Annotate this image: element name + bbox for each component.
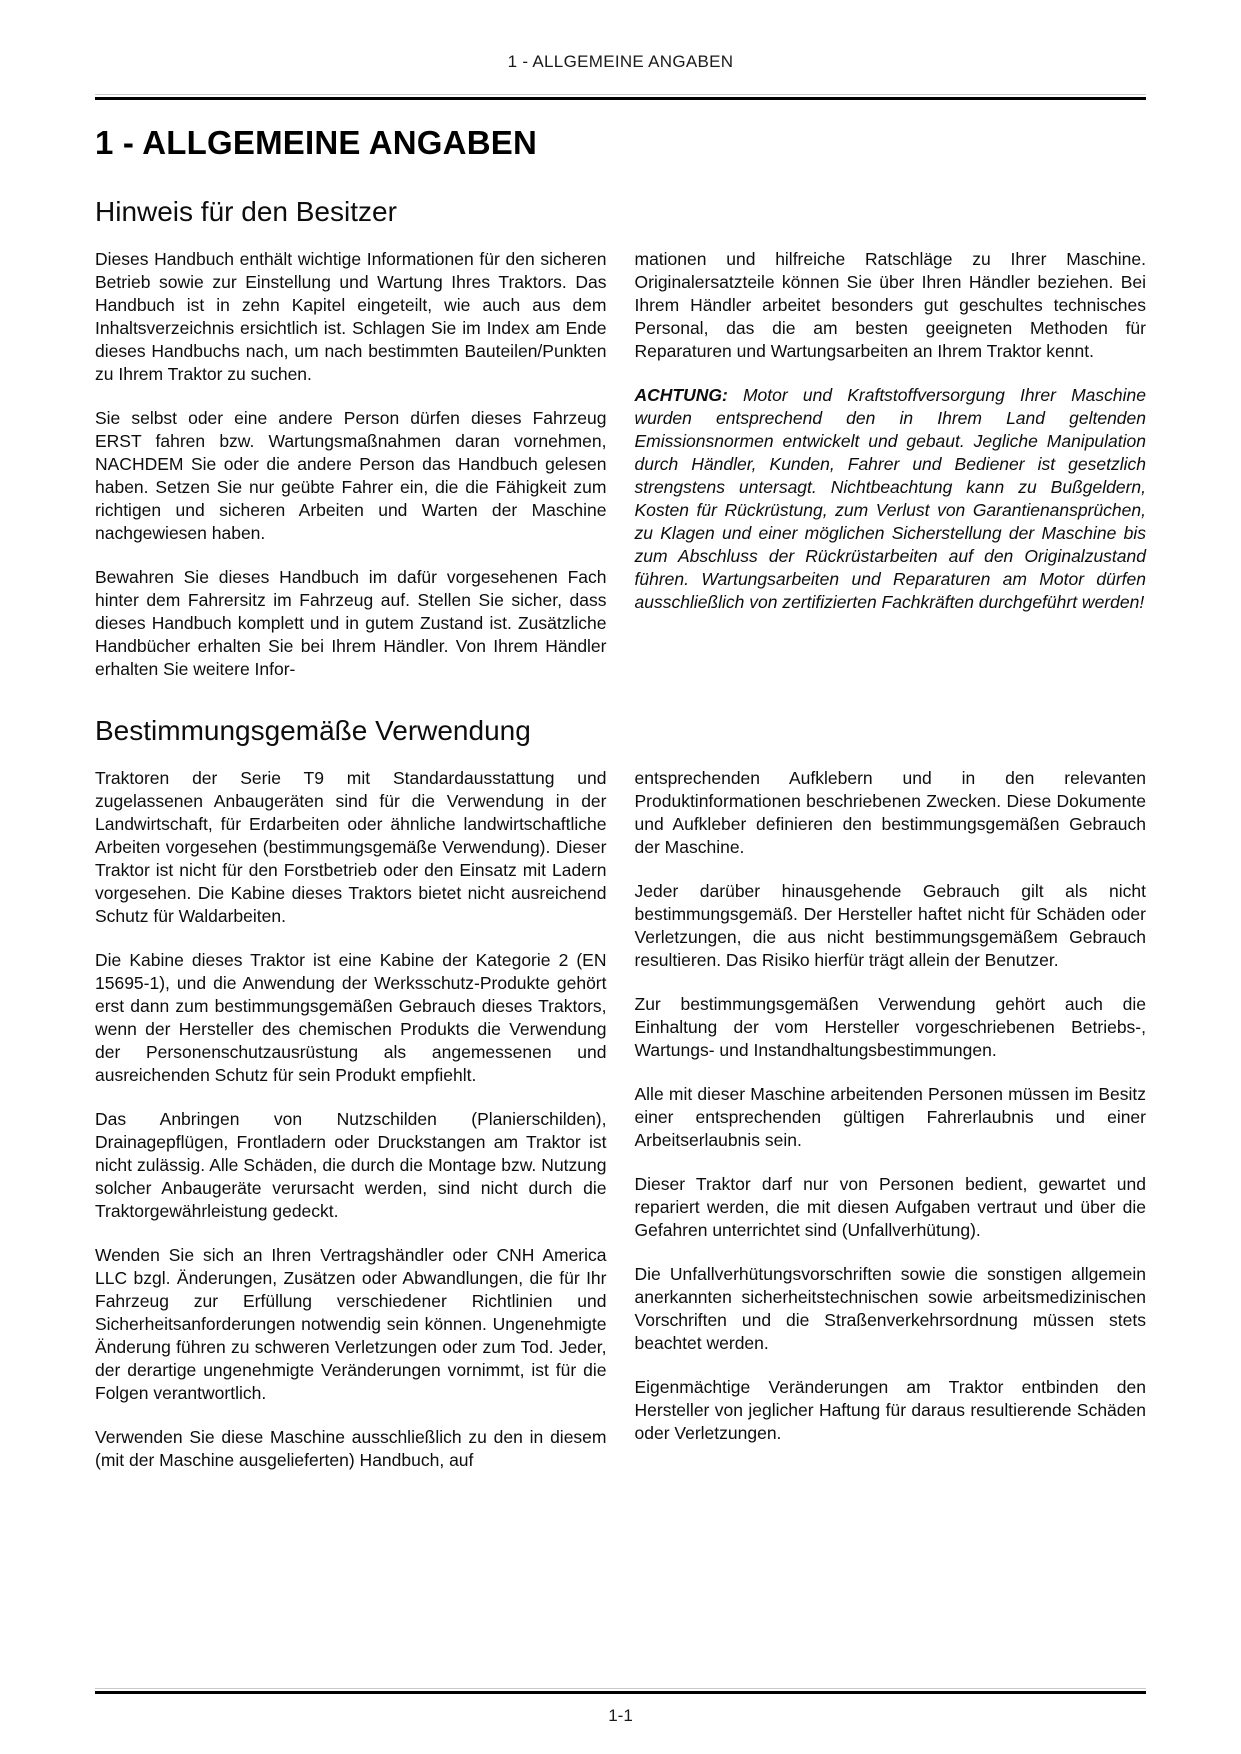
paragraph: Zur bestimmungsgemäßen Verwendung gehört…	[635, 993, 1147, 1062]
paragraph: Alle mit dieser Maschine arbeitenden Per…	[635, 1083, 1147, 1152]
warning-notice: ACHTUNG: Motor und Kraftstoffversorgung …	[635, 384, 1147, 614]
paragraph: Wenden Sie sich an Ihren Vertragshändler…	[95, 1244, 607, 1405]
header-rule-thin-line	[95, 94, 1146, 95]
manual-page: 1 - ALLGEMEINE ANGABEN 1 - ALLGEMEINE AN…	[0, 0, 1241, 1754]
paragraph: Dieser Traktor darf nur von Personen bed…	[635, 1173, 1147, 1242]
paragraph: Das Anbringen von Nutzschilden (Planiers…	[95, 1108, 607, 1223]
intended-use-right-column: entsprechenden Aufklebern und in den rel…	[635, 767, 1147, 1472]
header-rule	[95, 94, 1146, 100]
warning-notice-label: ACHTUNG:	[635, 385, 728, 405]
footer-rule-thin-line	[95, 1688, 1146, 1689]
owner-notice-right-column: mationen und hilfreiche Ratschläge zu Ih…	[635, 248, 1147, 681]
page-number: 1-1	[95, 1706, 1146, 1726]
paragraph: Sie selbst oder eine andere Person dürfe…	[95, 407, 607, 545]
section-heading-owner-notice: Hinweis für den Besitzer	[95, 196, 1146, 228]
intended-use-left-column: Traktoren der Serie T9 mit Standardausst…	[95, 767, 607, 1472]
paragraph: Dieses Handbuch enthält wichtige Informa…	[95, 248, 607, 386]
intended-use-columns: Traktoren der Serie T9 mit Standardausst…	[95, 767, 1146, 1472]
paragraph: mationen und hilfreiche Ratschläge zu Ih…	[635, 248, 1147, 363]
running-header: 1 - ALLGEMEINE ANGABEN	[95, 52, 1146, 72]
page-footer: 1-1	[95, 1688, 1146, 1726]
section-heading-intended-use: Bestimmungsgemäße Verwendung	[95, 715, 1146, 747]
warning-notice-text: Motor und Kraftstoffversorgung Ihrer Mas…	[635, 385, 1147, 612]
paragraph: Eigenmächtige Veränderungen am Traktor e…	[635, 1376, 1147, 1445]
footer-rule	[95, 1688, 1146, 1694]
paragraph: Bewahren Sie dieses Handbuch im dafür vo…	[95, 566, 607, 681]
paragraph: Jeder darüber hinausgehende Gebrauch gil…	[635, 880, 1147, 972]
owner-notice-left-column: Dieses Handbuch enthält wichtige Informa…	[95, 248, 607, 681]
owner-notice-columns: Dieses Handbuch enthält wichtige Informa…	[95, 248, 1146, 681]
paragraph: Verwenden Sie diese Maschine ausschließl…	[95, 1426, 607, 1472]
chapter-title: 1 - ALLGEMEINE ANGABEN	[95, 124, 1146, 162]
paragraph: Die Kabine dieses Traktor ist eine Kabin…	[95, 949, 607, 1087]
paragraph: entsprechenden Aufklebern und in den rel…	[635, 767, 1147, 859]
footer-rule-thick-line	[95, 1691, 1146, 1694]
header-rule-thick-line	[95, 97, 1146, 100]
paragraph: Die Unfallverhütungsvorschriften sowie d…	[635, 1263, 1147, 1355]
paragraph: Traktoren der Serie T9 mit Standardausst…	[95, 767, 607, 928]
